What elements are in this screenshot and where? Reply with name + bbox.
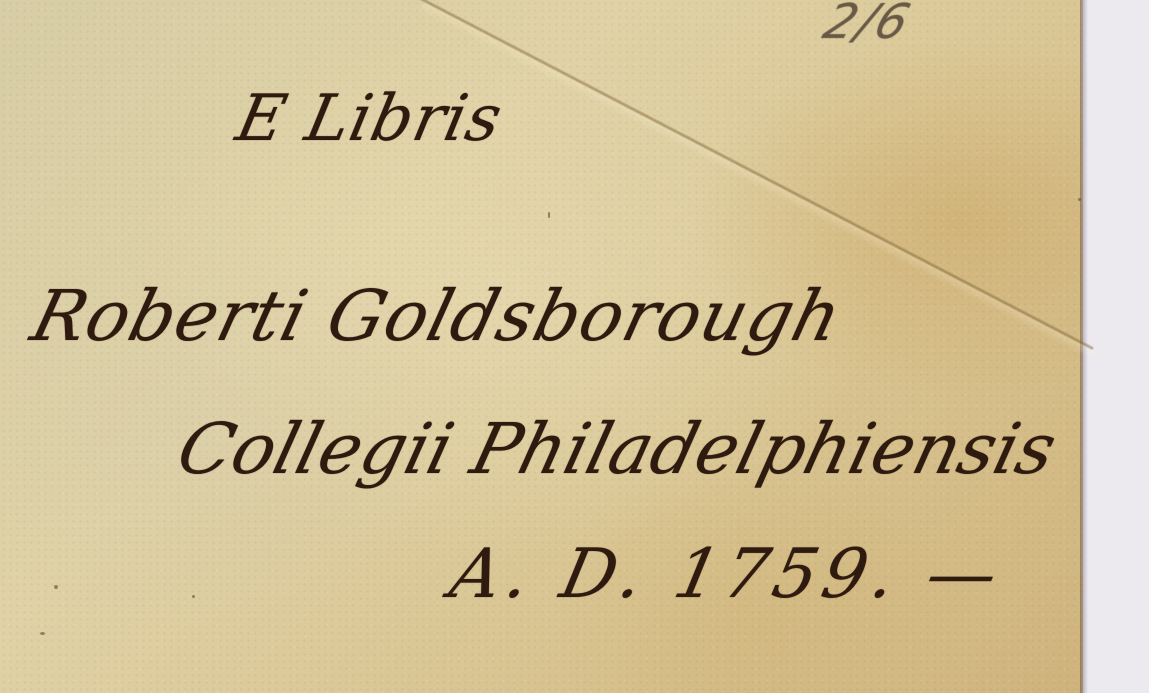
photo-stage: 2/6 E Libris Roberti Goldsborough Colleg… — [0, 0, 1149, 693]
inscription-college: Collegii Philadelphiensis — [170, 408, 1065, 490]
paper-speck — [54, 585, 58, 589]
inscription-date: A. D. 1759. — — [444, 535, 1011, 614]
paper-speck — [1078, 198, 1081, 201]
inscription-owner-name: Roberti Goldsborough — [24, 275, 850, 357]
paper-speck — [40, 632, 45, 635]
paper-speck — [192, 595, 195, 598]
inscription-ex-libris: E Libris — [230, 82, 509, 156]
paper-speck — [548, 212, 550, 218]
